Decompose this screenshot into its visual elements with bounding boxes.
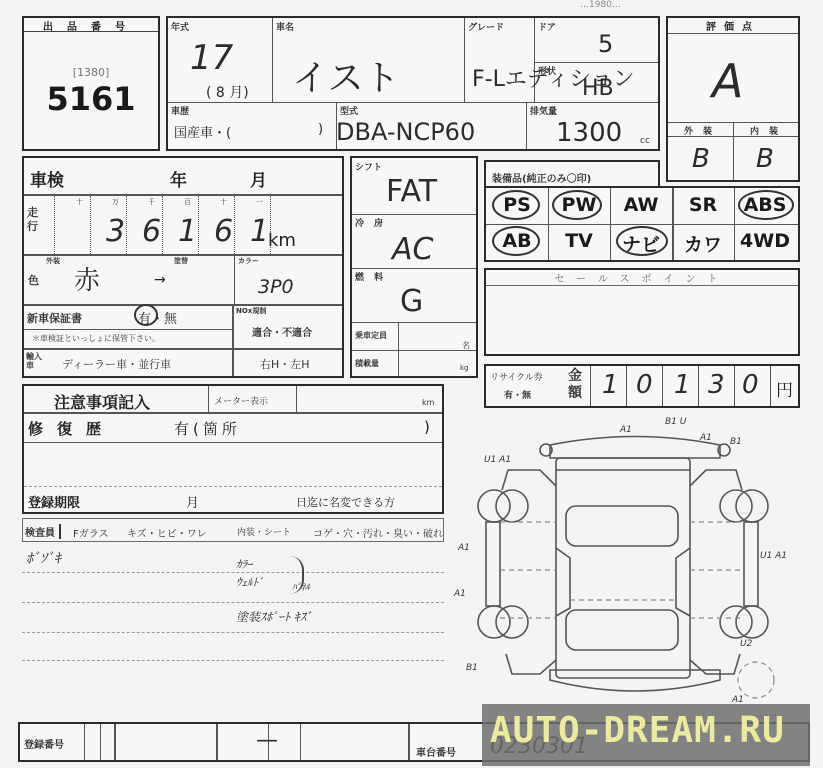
- interior-score: B: [756, 144, 774, 174]
- circle-ps: [492, 190, 540, 220]
- model-code-label: 型式: [340, 104, 358, 117]
- vehicle-class-value: 国産車・(: [174, 122, 231, 141]
- color-arrow: →: [154, 272, 166, 288]
- inspector-item-glass: Fガラス: [73, 525, 108, 540]
- registration-label: 登録番号: [24, 736, 64, 751]
- diagram-mark: U1 A1: [760, 551, 787, 561]
- equipment-4wd: 4WD: [734, 230, 796, 252]
- vehicle-info-box: 年式 17 ( 8 月) 車名 イスト グレード F-Lエディション ドア 5 …: [166, 16, 660, 151]
- score-box: 評価点 A 外装 内装 B B: [666, 16, 800, 182]
- registration-value: —: [256, 728, 278, 753]
- steering-options: 右H・左H: [260, 356, 310, 372]
- digit-label: 百: [184, 197, 191, 207]
- lot-number: 5161: [24, 80, 158, 118]
- sales-point-label: セールスポイント: [486, 270, 798, 286]
- diagram-mark: U2: [740, 639, 753, 649]
- inspection-label: 車検: [30, 166, 64, 191]
- recycle-digit: 1: [602, 370, 619, 400]
- meter-label: メーター表示: [214, 394, 268, 407]
- digit-label: 十: [76, 197, 83, 207]
- model-value: イスト: [292, 50, 400, 101]
- diagram-mark: A1: [453, 589, 466, 599]
- recycle-digit: 0: [636, 370, 653, 400]
- model-label: 車名: [276, 20, 294, 33]
- color-original: 赤: [74, 260, 100, 297]
- digit-label: 十: [220, 197, 227, 207]
- year-month: ( 8 月): [206, 82, 249, 102]
- lot-box: 出品番号 [1380] 5161: [22, 16, 160, 151]
- year-label: 年式: [171, 20, 189, 33]
- recycle-unit: 円: [776, 376, 793, 401]
- import-label: 輸入車: [26, 352, 48, 370]
- diagram-mark: A1: [699, 433, 712, 443]
- chassis-label: 車台番号: [416, 744, 456, 759]
- circle-pw: [552, 190, 602, 220]
- load-label: 積載量: [355, 358, 379, 369]
- recycle-box: リサイクル券 有・無 金額 1 0 1 3 0 円: [484, 364, 800, 408]
- inspector-row: 検査員 Fガラス キズ・ヒビ・ワレ 内装・シート コゲ・穴・汚れ・臭い・破れ: [22, 518, 444, 542]
- reg-label: 登録期限: [28, 492, 80, 511]
- capacity-label: 乗車定員: [355, 330, 387, 341]
- body-type-label: 形状: [538, 64, 556, 77]
- equipment-tv: TV: [548, 230, 610, 252]
- circle-abs: [738, 190, 794, 220]
- header-ref: …1980…: [580, 0, 621, 10]
- warranty-selected-circle: [134, 304, 158, 326]
- recycle-options: 有・無: [504, 388, 531, 401]
- mileage-unit: km: [268, 230, 296, 251]
- lot-label: 出品番号: [24, 18, 158, 32]
- nox-label: NOx規制: [236, 306, 266, 316]
- color-changed-label: 塗替: [174, 256, 188, 266]
- notes-label: 注意事項記入: [54, 390, 150, 413]
- repair-label: 修復歴: [28, 418, 115, 439]
- aircon-label: 冷房: [355, 216, 393, 229]
- exterior-score: B: [692, 144, 710, 174]
- body-type-value: HB: [582, 76, 614, 101]
- displacement-value: 1300: [556, 118, 622, 148]
- digit-label: 万: [112, 197, 119, 207]
- watermark-text: AUTO-DREAM.RU: [490, 710, 785, 751]
- diagram-mark: A1: [619, 425, 632, 435]
- mileage-digit: 3: [106, 214, 125, 249]
- import-options: ディーラー車・並行車: [62, 356, 171, 372]
- mileage-label: 走行: [27, 206, 37, 234]
- equipment-sr: SR: [672, 194, 734, 216]
- sales-point-value: [492, 292, 792, 350]
- vehicle-class-close: ): [318, 122, 323, 137]
- recycle-amount-label: 金額: [568, 368, 582, 402]
- inspector-item-scratch: キズ・ヒビ・ワレ: [127, 525, 207, 540]
- digit-label: 一: [256, 197, 263, 207]
- equipment-tab: 装備品(純正のみ〇印): [484, 160, 660, 188]
- mileage-digits: 十 万 千 百 十 一 3 6 1 6 1: [54, 196, 270, 254]
- transmission-value: FAT: [386, 174, 437, 209]
- mileage-digit: 1: [250, 214, 269, 249]
- doors-value: 5: [598, 30, 613, 58]
- aircon-value: AC: [392, 232, 433, 267]
- handwritten-note: 塗装ｽﾎﾟｰﾄ ｷｽﾞ: [236, 608, 312, 625]
- displacement-unit: cc: [640, 136, 650, 146]
- inspector-item-interior: 内装・シート: [237, 525, 291, 538]
- grade-label: グレード: [468, 20, 504, 33]
- diagram-mark: B1 U: [665, 417, 687, 427]
- nox-options: 適合・不適合: [252, 324, 312, 339]
- lot-sub-number: [1380]: [24, 66, 158, 79]
- warranty-note: ＊車検証といっしょに保管下さい。: [32, 333, 160, 344]
- vehicle-class-label: 車歴: [171, 104, 189, 117]
- handwritten-note: ｳｪﾙﾄﾞ: [236, 574, 264, 590]
- equipment-label: 装備品(純正のみ〇印): [492, 170, 591, 185]
- diagram-mark: A1: [457, 543, 470, 553]
- mileage-digit: 6: [214, 214, 233, 249]
- doors-label: ドア: [538, 20, 556, 33]
- repair-value: 有(箇所: [174, 418, 241, 439]
- recycle-digit: 3: [708, 370, 725, 400]
- score-overall: A: [712, 54, 743, 108]
- handwritten-note: ﾎﾞｿﾞｷ: [26, 548, 61, 568]
- displacement-label: 排気量: [530, 104, 557, 117]
- recycle-digit: 1: [674, 370, 691, 400]
- transmission-label: シフト: [355, 160, 382, 173]
- load-unit: kg: [460, 364, 469, 372]
- inspector-item-stains: コゲ・穴・汚れ・臭い・破れ: [313, 525, 443, 540]
- drivetrain-box: シフト FAT 冷房 AC 燃料 G 乗車定員 名 積載量 kg: [350, 156, 478, 378]
- color-code-label: カラー: [238, 256, 259, 266]
- mileage-digit: 1: [178, 214, 197, 249]
- mileage-digit: 6: [142, 214, 161, 249]
- inspection-box: 車検 年 月 走行 十 万 千 百 十 一 3 6 1 6 1 km 色 外装 …: [22, 156, 344, 378]
- score-label: 評価点: [668, 18, 798, 34]
- recycle-digit: 0: [742, 370, 759, 400]
- notes-box: 注意事項記入 メーター表示 km 修復歴 有(箇所 ) 登録期限 月 日迄に名変…: [22, 384, 444, 514]
- circle-ab: [492, 226, 540, 256]
- reg-month: 月: [186, 492, 199, 511]
- equipment-grid: PS PW AW SR ABS AB TV ナビ カワ 4WD: [484, 186, 800, 262]
- diagram-mark: A1: [731, 695, 744, 704]
- diagram-mark: U1 A1: [484, 455, 511, 465]
- inspection-year-label: 年: [170, 166, 187, 191]
- recycle-label: リサイクル券: [490, 370, 543, 383]
- inspector-label: 検査員: [25, 524, 61, 539]
- model-code-value: DBA-NCP60: [336, 118, 475, 146]
- color-original-label: 外装: [46, 256, 60, 266]
- warranty-label: 新車保証書: [27, 310, 82, 326]
- equipment-leather: カワ: [672, 230, 734, 257]
- circle-navi: [616, 226, 668, 256]
- sales-point-box: セールスポイント: [484, 268, 800, 356]
- fuel-value: G: [400, 284, 423, 319]
- inspection-month-label: 月: [250, 166, 267, 191]
- handwritten-note: ｶﾗｰ: [236, 556, 253, 572]
- color-label: 色: [28, 272, 39, 288]
- exterior-label: 外装: [684, 124, 722, 137]
- digit-label: 千: [148, 197, 155, 207]
- fuel-label: 燃料: [355, 270, 393, 283]
- repair-close: ): [424, 418, 430, 436]
- year-value: 17: [190, 38, 233, 78]
- diagram-mark: B1: [466, 663, 478, 673]
- diagram-mark: B1: [730, 437, 742, 447]
- meter-unit: km: [422, 398, 434, 407]
- interior-label: 内装: [750, 124, 788, 137]
- car-damage-diagram: A1 B1 U A1 U1 A1 A1 U1 A1 A1 B1 U2 B1 A1: [450, 410, 823, 704]
- color-code: 3P0: [258, 276, 294, 298]
- reg-note: 日迄に名変できる方: [296, 494, 395, 510]
- equipment-aw: AW: [610, 194, 672, 216]
- handwriting-lines: ﾎﾞｿﾞｷ ｶﾗｰ ｳｪﾙﾄﾞ ﾊﾟﾈﾙ 塗装ｽﾎﾟｰﾄ ｷｽﾞ: [22, 546, 444, 666]
